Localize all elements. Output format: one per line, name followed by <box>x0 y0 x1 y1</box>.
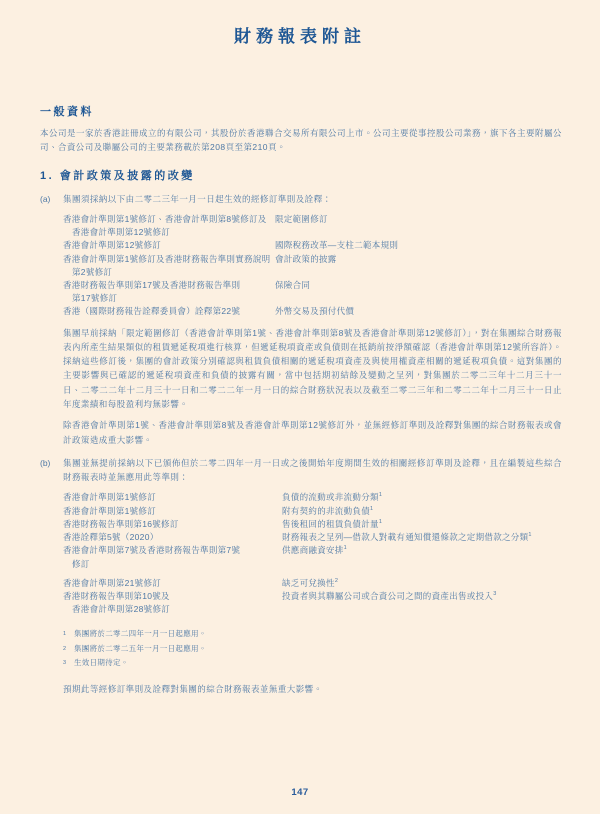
standard-subject: 限定範圍修訂 <box>273 213 562 239</box>
standard-row: 香港會計準則第1號修訂 附有契約的非流動負債1 <box>63 505 562 518</box>
footnote-marker: 1 <box>528 532 531 538</box>
standard-name: 香港會計準則第1號修訂及香港財務報告準則實務說明 <box>63 253 273 266</box>
standard-row: 香港會計準則第1號修訂、香港會計準則第8號修訂及 香港會計準則第12號修訂 限定… <box>63 213 562 239</box>
standard-name-cont: 香港會計準則第12號修訂 <box>72 226 273 239</box>
footnote-text: 生效日期待定。 <box>74 656 129 671</box>
standard-name: 香港會計準則第21號修訂 <box>63 577 280 590</box>
standard-row: 香港（國際財務報告詮釋委員會）詮釋第22號 外幣交易及預付代價 <box>63 305 562 318</box>
clause-b-body: 集團並無提前採納以下已頒佈但於二零二四年一月一日或之後開始年度期間生效的相關經修… <box>63 456 562 696</box>
standard-subject: 投資者與其聯屬公司或合資公司之間的資產出售或投入 <box>282 591 493 601</box>
document-page: 財務報表附註 一般資料 本公司是一家於香港註冊成立的有限公司，其股份於香港聯合交… <box>0 0 600 814</box>
standard-name: 香港會計準則第1號修訂 <box>63 491 280 504</box>
clause-a-intro: 集團須採納以下由二零二三年一月一日起生效的經修訂準則及詮釋： <box>63 192 562 206</box>
standard-subject: 國際稅務改革—支柱二範本規則 <box>273 239 562 252</box>
standard-subject: 財務報表之呈列—借款人對載有通知償還條款之定期借款之分類 <box>282 532 528 542</box>
standard-row: 香港會計準則第7號及香港財務報告準則第7號 修訂 供應商融資安排1 <box>63 544 562 570</box>
standard-name-cont: 第17號修訂 <box>72 292 273 305</box>
standard-row: 香港財務報告準則第16號修訂 售後租回的租賃負債計量1 <box>63 518 562 531</box>
standard-row: 香港會計準則第12號修訂 國際稅務改革—支柱二範本規則 <box>63 239 562 252</box>
footnote-marker: 2 <box>335 578 338 584</box>
standard-row: 香港會計準則第1號修訂 負債的流動或非流動分類1 <box>63 491 562 504</box>
standard-name: 香港（國際財務報告詮釋委員會）詮釋第22號 <box>63 305 273 318</box>
clause-b-intro: 集團並無提前採納以下已頒佈但於二零二四年一月一日或之後開始年度期間生效的相關經修… <box>63 456 562 485</box>
standards-list-a: 香港會計準則第1號修訂、香港會計準則第8號修訂及 香港會計準則第12號修訂 限定… <box>63 213 562 319</box>
section1-heading: 1. 會計政策及披露的改變 <box>40 169 562 183</box>
standard-subject: 外幣交易及預付代價 <box>273 305 562 318</box>
standard-name-cont: 修訂 <box>72 558 280 571</box>
footnote-marker: 1 <box>379 519 382 525</box>
standard-name: 香港詮釋第5號（2020） <box>63 531 280 544</box>
footnote: 1 集團將於二零二四年一月一日起應用。 <box>63 627 562 642</box>
footnote-marker: 1 <box>344 545 347 551</box>
clause-b: (b) 集團並無提前採納以下已頒佈但於二零二四年一月一日或之後開始年度期間生效的… <box>40 456 562 696</box>
footnotes: 1 集團將於二零二四年一月一日起應用。 2 集團將於二零二五年一月一日起應用。 … <box>63 627 562 671</box>
standard-subject: 保險合同 <box>273 279 562 305</box>
footnote: 2 集團將於二零二五年一月一日起應用。 <box>63 642 562 657</box>
page-number: 147 <box>0 787 600 798</box>
standard-subject: 附有契約的非流動負債 <box>282 506 370 516</box>
standard-name: 香港財務報告準則第16號修訂 <box>63 518 280 531</box>
clause-a-paragraph-1: 集團早前採納「限定範圍修訂（香港會計準則第1號、香港會計準則第8號及香港會計準則… <box>63 326 562 412</box>
standard-row: 香港會計準則第21號修訂 缺乏可兌換性2 <box>63 577 562 590</box>
footnote-marker: 3 <box>493 591 496 597</box>
standard-row: 香港詮釋第5號（2020） 財務報表之呈列—借款人對載有通知償還條款之定期借款之… <box>63 531 562 544</box>
footnote-text: 集團將於二零二四年一月一日起應用。 <box>74 627 207 642</box>
footnote-marker: 2 <box>63 642 74 657</box>
page-title: 財務報表附註 <box>0 0 600 48</box>
footnote: 3 生效日期待定。 <box>63 656 562 671</box>
general-info-paragraph: 本公司是一家於香港註冊成立的有限公司，其股份於香港聯合交易所有限公司上市。公司主… <box>40 126 562 155</box>
footnote-marker: 1 <box>63 627 74 642</box>
standard-subject: 售後租回的租賃負債計量 <box>282 519 379 529</box>
clause-a-body: 集團須採納以下由二零二三年一月一日起生效的經修訂準則及詮釋： 香港會計準則第1號… <box>63 192 562 447</box>
standard-name-cont: 香港會計準則第28號修訂 <box>72 603 280 616</box>
footnote-text: 集團將於二零二五年一月一日起應用。 <box>74 642 207 657</box>
standard-name: 香港財務報告準則第17號及香港財務報告準則 <box>63 279 273 292</box>
standard-name: 香港會計準則第7號及香港財務報告準則第7號 <box>63 544 280 557</box>
clause-a: (a) 集團須採納以下由二零二三年一月一日起生效的經修訂準則及詮釋： 香港會計準… <box>40 192 562 447</box>
standard-name-cont: 第2號修訂 <box>72 266 273 279</box>
standards-list-b: 香港會計準則第1號修訂 負債的流動或非流動分類1 香港會計準則第1號修訂 附有契… <box>63 491 562 616</box>
standard-subject: 缺乏可兌換性 <box>282 578 335 588</box>
standard-name: 香港會計準則第1號修訂、香港會計準則第8號修訂及 <box>63 213 273 226</box>
standard-subject: 供應商融資安排 <box>282 545 344 555</box>
general-info-heading: 一般資料 <box>40 105 562 119</box>
footnote-marker: 1 <box>370 506 373 512</box>
standard-row: 香港財務報告準則第10號及 香港會計準則第28號修訂 投資者與其聯屬公司或合資公… <box>63 590 562 616</box>
standard-row: 香港財務報告準則第17號及香港財務報告準則 第17號修訂 保險合同 <box>63 279 562 305</box>
footnote-marker: 3 <box>63 656 74 671</box>
standard-name: 香港會計準則第1號修訂 <box>63 505 280 518</box>
clause-b-label: (b) <box>40 456 63 696</box>
footnote-marker: 1 <box>379 493 382 499</box>
clause-a-label: (a) <box>40 192 63 447</box>
clause-b-closing: 預期此等經修訂準則及詮釋對集團的綜合財務報表並無重大影響。 <box>63 682 562 696</box>
standard-name: 香港財務報告準則第10號及 <box>63 590 280 603</box>
clause-a-paragraph-2: 除香港會計準則第1號、香港會計準則第8號及香港會計準則第12號修訂外，並無經修訂… <box>63 418 562 447</box>
standard-row: 香港會計準則第1號修訂及香港財務報告準則實務說明 第2號修訂 會計政策的披露 <box>63 253 562 279</box>
standard-name: 香港會計準則第12號修訂 <box>63 239 273 252</box>
standard-subject: 會計政策的披露 <box>273 253 562 279</box>
standard-subject: 負債的流動或非流動分類 <box>282 492 379 502</box>
page-content: 一般資料 本公司是一家於香港註冊成立的有限公司，其股份於香港聯合交易所有限公司上… <box>0 105 600 696</box>
